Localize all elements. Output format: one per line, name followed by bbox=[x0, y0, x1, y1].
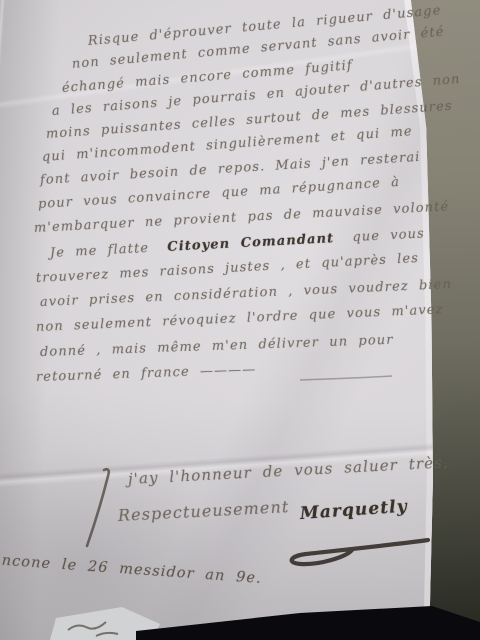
dark-object-edge bbox=[136, 606, 480, 640]
photo-background: Risque d'éprouver toute la rigueur d'usa… bbox=[0, 0, 480, 640]
bottom-objects bbox=[0, 0, 480, 640]
